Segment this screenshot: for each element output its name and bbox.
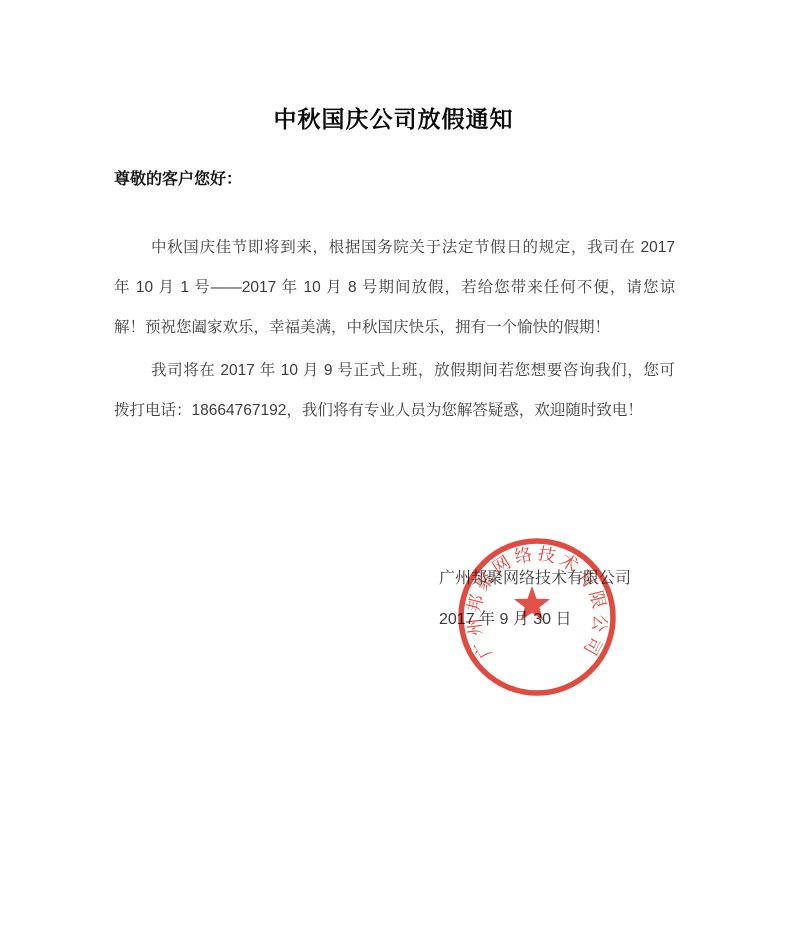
document-page: 中秋国庆公司放假通知 尊敬的客户您好： 中秋国庆佳节即将到来，根据国务院关于法定… <box>0 0 787 947</box>
letter-body: 中秋国庆佳节即将到来，根据国务院关于法定节假日的规定，我司在 2017 年 10… <box>114 228 675 431</box>
body-line: 年 10 月 1 号——2017 年 10 月 8 号期间放假，若给您带来任何不… <box>114 268 675 308</box>
seal-arc-text-content: 广州邦聚网络技术有限公司 <box>463 543 611 662</box>
document-title: 中秋国庆公司放假通知 <box>0 103 787 135</box>
body-line: 解！预祝您阖家欢乐，幸福美满，中秋国庆快乐，拥有一个愉快的假期！ <box>114 308 675 348</box>
body-line: 中秋国庆佳节即将到来，根据国务院关于法定节假日的规定，我司在 2017 <box>114 228 675 268</box>
seal-arc-text: 广州邦聚网络技术有限公司 <box>463 543 611 662</box>
body-line: 拨打电话：18664767192，我们将有专业人员为您解答疑惑，欢迎随时致电！ <box>114 391 675 431</box>
signature-date: 2017 年 9 月 30 日 <box>439 610 572 630</box>
signature-company: 广州邦聚网络技术有限公司 <box>439 569 631 589</box>
greeting-line: 尊敬的客户您好： <box>114 169 242 191</box>
body-line: 我司将在 2017 年 10 月 9 号正式上班，放假期间若您想要咨询我们，您可 <box>114 351 675 391</box>
